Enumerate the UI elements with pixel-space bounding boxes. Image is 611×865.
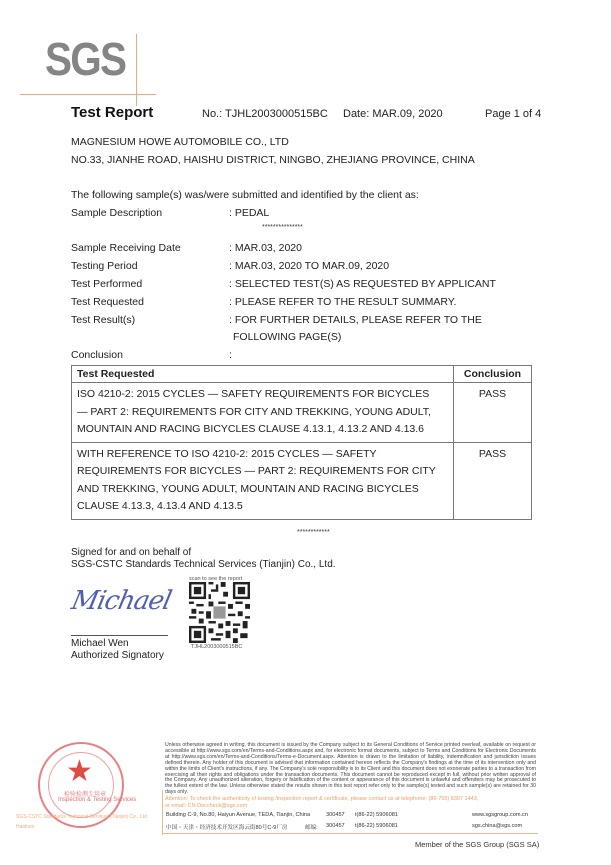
report-title: Test Report [71,104,153,121]
table-header-row: Test Requested Conclusion [72,366,532,383]
client-name: MAGNESIUM HOWE AUTOMOBILE CO., LTD [71,136,289,148]
field-label-receiving-date: Sample Receiving Date [71,242,181,254]
field-value-test-performed: : SELECTED TEST(S) AS REQUESTED BY APPLI… [229,278,496,290]
sgs-logo: SGS [45,31,125,87]
address-en: Building C-9, No.80, Haiyun Avenue, TEDA… [166,812,310,818]
email-link[interactable]: sgs.china@sgs.com [472,823,522,829]
conclusion-cell: PASS [454,383,532,443]
field-label-test-requested: Test Requested [71,296,144,308]
table-row: ISO 4210-2: 2015 CYCLES — SAFETY REQUIRE… [72,383,532,443]
field-label-testing-period: Testing Period [71,260,138,272]
stamp-text-en: Inspection & Testing Services [58,797,136,803]
signed-behalf-line1: Signed for and on behalf of [71,547,191,558]
signatory-name: Michael Wen [71,638,129,649]
separator-stars: *************** [262,224,303,231]
report-number: No.: TJHL2003000515BC [202,108,328,120]
postcode-en: 300457 [326,812,345,818]
field-value-conclusion: : [229,349,232,361]
signed-behalf-line2: SGS-CSTC Standards Technical Services (T… [71,559,336,570]
header-conclusion: Conclusion [454,366,532,383]
field-value-test-requested: : PLEASE REFER TO THE RESULT SUMMARY. [229,296,456,308]
address-cn: 中国・天津・经济技术开发区海云街80号C-9厂房 [166,823,288,831]
signatory-title: Authorized Signatory [71,650,164,661]
field-label-sample-description: Sample Description [71,207,162,219]
field-label-test-performed: Test Performed [71,278,142,290]
phone-cn: t(86-22) 5906081 [355,823,398,829]
logo-vertical-line [136,34,137,106]
signature-line [71,635,168,636]
intro-text: The following sample(s) was/were submitt… [71,189,419,201]
website-link[interactable]: www.sgsgroup.com.cn [472,812,528,818]
end-stars: ************ [297,529,330,536]
signature-image: Michael [69,586,174,616]
stamp-star-icon: ★ [66,757,93,787]
conclusion-cell: PASS [454,442,532,519]
header-test-requested: Test Requested [72,366,454,383]
legal-disclaimer: Unless otherwise agreed in writing, this… [165,743,536,796]
field-value-test-results: : FOR FURTHER DETAILS, PLEASE REFER TO T… [229,314,482,326]
postcode-cn: 300457 [326,823,345,829]
field-value-receiving-date: : MAR.03, 2020 [229,242,302,254]
footer-vertical-line [162,790,163,835]
field-label-test-results: Test Result(s) [71,314,135,326]
attention-email[interactable]: or email: CN.Doccheck@sgs.com [165,803,247,809]
stamp-sub: Haidnes [16,824,34,830]
attention-line: Attention: To check the authenticity of … [165,796,478,802]
table-row: WITH REFERENCE TO ISO 4210-2: 2015 CYCLE… [72,442,532,519]
field-value-testing-period: : MAR.03, 2020 TO MAR.09, 2020 [229,260,389,272]
client-address: NO.33, JIANHE ROAD, HAISHU DISTRICT, NIN… [71,154,475,166]
postcode-label-cn: 邮编: [305,823,318,831]
member-text: Member of the SGS Group (SGS SA) [415,840,539,849]
field-value-sample-description: : PEDAL [229,207,269,219]
footer-divider [162,833,538,834]
test-cell: WITH REFERENCE TO ISO 4210-2: 2015 CYCLE… [72,442,454,519]
stamp-company: SGS-CSTC Standards Technical Services (T… [16,814,147,820]
phone-en: t(86-22) 5906081 [355,812,398,818]
results-table: Test Requested Conclusion ISO 4210-2: 20… [71,365,532,520]
qr-code-icon[interactable] [189,582,250,643]
field-value-test-results-cont: FOLLOWING PAGE(S) [233,331,341,343]
test-cell: ISO 4210-2: 2015 CYCLES — SAFETY REQUIRE… [72,383,454,443]
report-date: Date: MAR.09, 2020 [343,108,443,120]
field-label-conclusion: Conclusion [71,349,123,361]
page-indicator: Page 1 of 4 [485,108,541,120]
qr-caption-bottom: TJHL2003000515BC [191,644,242,650]
